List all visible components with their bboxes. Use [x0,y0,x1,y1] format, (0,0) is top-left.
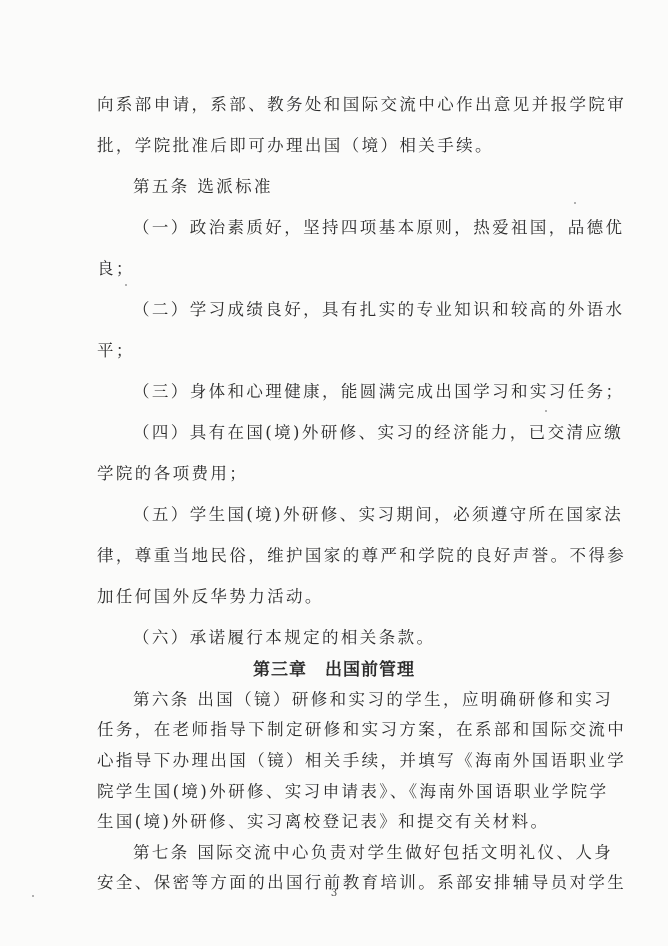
article-6-line: 第六条 出国（镜）研修和实习的学生，应明确研修和实习 [133,690,613,710]
scan-speck [545,410,547,412]
body-line: （六）承诺履行本规定的相关条款。 [133,628,435,648]
body-line: 批，学院批准后即可办理出国（境）相关手续。 [97,136,494,156]
article-5-title: 第五条 选派标准 [133,177,273,197]
body-line: （二）学习成绩良好，具有扎实的专业知识和较高的外语水 [133,300,624,320]
scan-speck [611,560,613,562]
scan-speck [574,202,576,204]
body-line: 任务，在老师指导下制定研修和实习方案，在系部和国际交流中 [97,720,626,740]
body-line: 加任何国外反华势力活动。 [97,587,324,607]
body-line: 律，尊重当地民俗，维护国家的尊严和学院的良好声誉。不得参 [97,546,626,566]
article-7-line: 第七条 国际交流中心负责对学生做好包括文明礼仪、人身 [133,843,613,863]
body-line: （五）学生国(境)外研修、实习期间，必须遵守所在国家法 [133,505,623,525]
page-number: 3 [0,888,668,899]
body-line: 院学生国(境)外研修、实习申请表》、《海南外国语职业学院学 [97,782,608,802]
body-line: 良； [97,259,135,279]
body-line: 学院的各项费用； [97,464,248,484]
body-line: 平； [97,341,135,361]
chapter-heading: 第三章 出国前管理 [0,660,668,680]
body-line: （一）政治素质好，坚持四项基本原则，热爱祖国，品德优 [133,218,624,238]
body-line: （三）身体和心理健康，能圆满完成出国学习和实习任务； [133,382,624,402]
body-line: （四）具有在国(境)外研修、实习的经济能力，已交清应缴 [133,423,623,443]
body-line: 向系部申请，系部、教务处和国际交流中心作出意见并报学院审 [97,95,626,115]
document-page: 向系部申请，系部、教务处和国际交流中心作出意见并报学院审 批，学院批准后即可办理… [0,0,668,946]
body-line: 生国(境)外研修、实习离校登记表》和提交有关材料。 [97,812,549,832]
scan-speck [32,895,34,897]
scan-speck [125,284,127,286]
body-line: 心指导下办理出国（镜）相关手续，并填写《海南外国语职业学 [97,751,626,771]
